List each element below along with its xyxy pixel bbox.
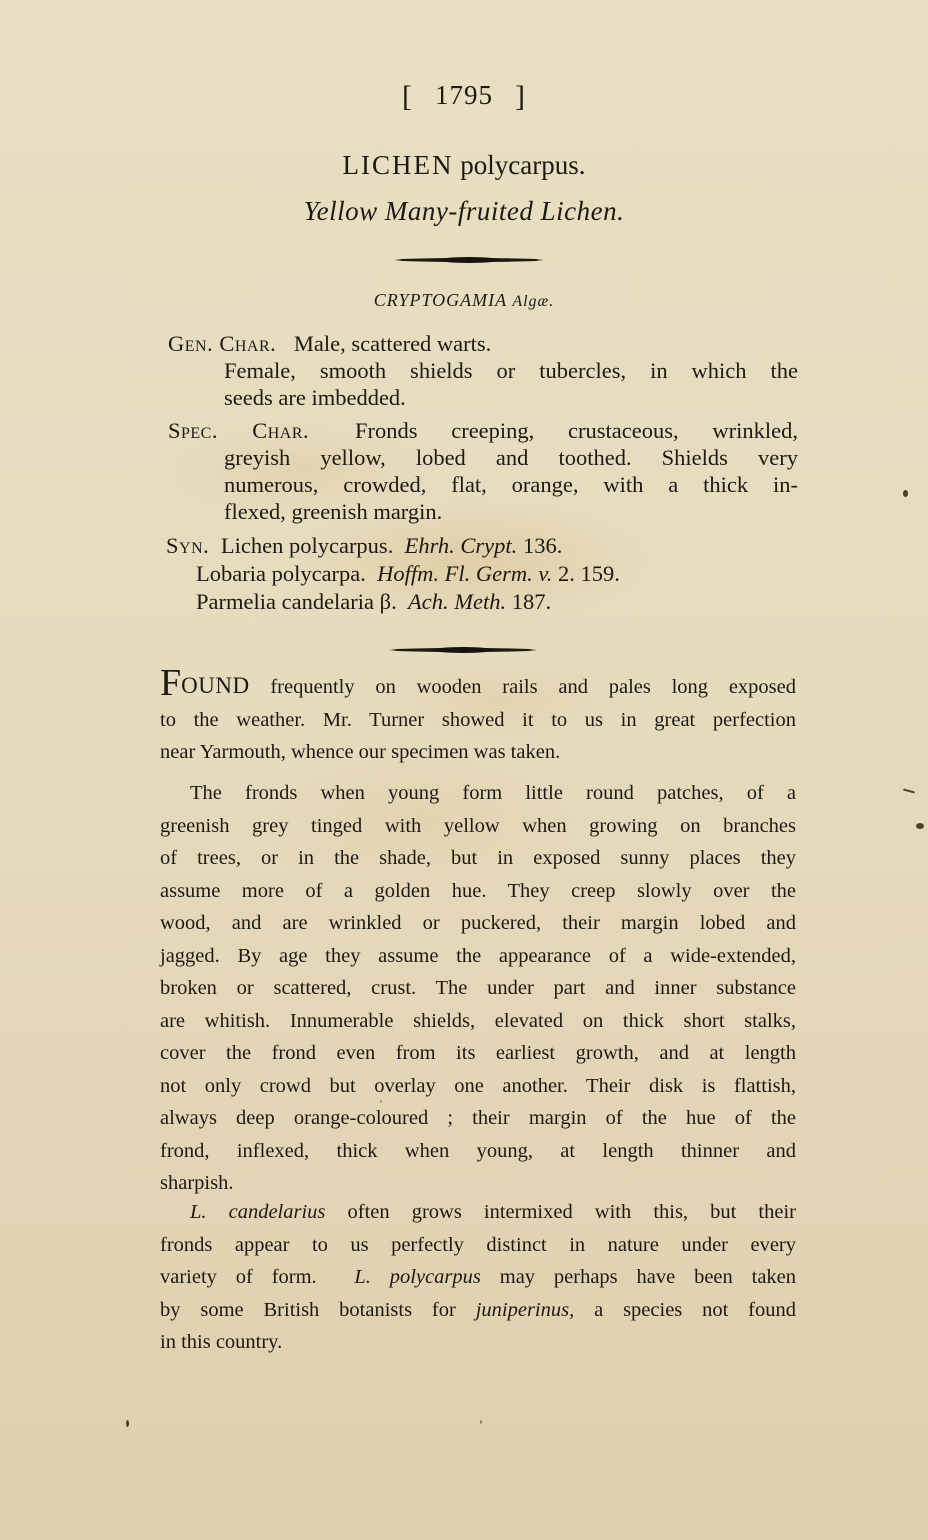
paragraph-line: sharpish.	[160, 1167, 796, 1200]
gen-char-label: Gen. Char.	[168, 331, 276, 356]
synonym-label: Syn.	[166, 533, 209, 558]
paragraph-line: jagged. By age they assume the appearanc…	[160, 940, 796, 973]
ornamental-rule	[388, 648, 538, 652]
gen-char-text: Male, scattered warts.	[294, 331, 491, 356]
line-text: often grows intermixed with this, but th…	[348, 1201, 797, 1223]
line-text: by some British botanists for	[160, 1299, 456, 1321]
paragraph-line: assume more of a golden hue. They creep …	[160, 875, 796, 908]
paragraph-line: broken or scattered, crust. The under pa…	[160, 972, 796, 1005]
paper-speck	[903, 788, 915, 793]
spec-char-line: numerous, crowded, flat, orange, with a …	[168, 471, 798, 498]
synonym-page: 187.	[512, 589, 551, 614]
paper-speck	[903, 490, 908, 497]
paragraph-line: always deep orange-coloured ; their marg…	[160, 1102, 796, 1135]
title-genus: LICHEN	[343, 150, 454, 180]
line-text: may perhaps have been taken	[500, 1266, 796, 1288]
spec-char-line: Spec. Char. Fronds creeping, crustaceous…	[168, 417, 798, 444]
classification-sub: Algæ.	[512, 293, 554, 310]
page-number: [1795]	[0, 80, 928, 114]
title-species: polycarpus.	[460, 150, 585, 180]
paragraph-line: are whitish. Innumerable shields, elevat…	[160, 1005, 796, 1038]
synonym-page: 2. 159.	[558, 561, 620, 586]
species-title: LICHEN polycarpus.	[0, 150, 928, 181]
species-name-italic: L. polycarpus	[354, 1266, 480, 1288]
paragraph-line: The fronds when young form little round …	[160, 777, 796, 810]
paragraph-line: frond, inflexed, thick when young, at le…	[160, 1135, 796, 1168]
synonym-entry: Syn. Lichen polycarpus. Ehrh. Crypt. 136…	[166, 532, 766, 560]
paragraph-line: greenish grey tinged with yellow when gr…	[160, 810, 796, 843]
synonym-reference: Hoffm. Fl. Germ. v.	[377, 561, 552, 586]
line-text: a species not found	[594, 1299, 796, 1321]
paper-speck	[480, 1420, 482, 1424]
synonym-name: Lichen polycarpus.	[221, 533, 393, 558]
ornamental-rule	[393, 258, 545, 262]
species-name-italic: juniperinus,	[476, 1299, 575, 1321]
paragraph-line: in this country.	[160, 1326, 796, 1359]
synonym-name: Lobaria polycarpa.	[196, 561, 366, 586]
book-page: [1795] LICHEN polycarpus. Yellow Many-fr…	[0, 0, 928, 1540]
paragraph-line: fronds appear to us perfectly distinct i…	[160, 1229, 796, 1262]
drop-capital: F	[160, 662, 181, 704]
gen-char-line: seeds are imbedded.	[168, 384, 798, 411]
synonym-entry: Parmelia candelaria β. Ach. Meth. 187.	[166, 588, 766, 616]
common-name: Yellow Many-fruited Lichen.	[0, 196, 928, 227]
paragraph-line: wood, and are wrinkled or puckered, thei…	[160, 907, 796, 940]
synonym-reference: Ach. Meth.	[408, 589, 506, 614]
description-paragraph: The fronds when young form little round …	[160, 777, 796, 1200]
paragraph-line: to the weather. Mr. Turner showed it to …	[160, 704, 796, 737]
spec-char-line: greyish yellow, lobed and toothed. Shiel…	[168, 444, 798, 471]
gen-char-line: Gen. Char. Male, scattered warts.	[168, 330, 798, 357]
paragraph-line: FOUND frequently on wooden rails and pal…	[160, 670, 796, 704]
small-caps-word: OUND	[181, 673, 249, 698]
habitat-paragraph: FOUND frequently on wooden rails and pal…	[160, 670, 796, 769]
paper-speck	[126, 1420, 129, 1427]
bracket-open: [	[402, 80, 413, 114]
specific-character: Spec. Char. Fronds creeping, crustaceous…	[168, 417, 798, 525]
synonym-reference: Ehrh. Crypt.	[405, 533, 518, 558]
gen-char-line: Female, smooth shields or tubercles, in …	[168, 357, 798, 384]
paper-speck	[916, 823, 924, 829]
paragraph-line: cover the frond even from its earliest g…	[160, 1037, 796, 1070]
line-text: frequently on wooden rails and pales lon…	[270, 676, 796, 698]
spec-char-label: Spec. Char.	[168, 418, 309, 443]
generic-character: Gen. Char. Male, scattered warts. Female…	[168, 330, 798, 411]
page-number-value: 1795	[435, 80, 493, 110]
paragraph-line: variety of form. L. polycarpus may perha…	[160, 1261, 796, 1294]
bracket-close: ]	[515, 80, 526, 114]
synonym-name: Parmelia candelaria β.	[196, 589, 397, 614]
synonym-page: 136.	[523, 533, 562, 558]
comparison-paragraph: L. candelarius often grows intermixed wi…	[160, 1196, 796, 1359]
paragraph-line: by some British botanists for juniperinu…	[160, 1294, 796, 1327]
paragraph-line: near Yarmouth, whence our specimen was t…	[160, 736, 796, 769]
paragraph-line: not only crowd but overlay one another. …	[160, 1070, 796, 1103]
spec-char-text: Fronds creeping, crustaceous, wrinkled,	[355, 418, 798, 443]
synonym-entry: Lobaria polycarpa. Hoffm. Fl. Germ. v. 2…	[166, 560, 766, 588]
spec-char-line: flexed, greenish margin.	[168, 498, 798, 525]
classification-main: CRYPTOGAMIA	[374, 290, 507, 310]
line-text: variety of form.	[160, 1266, 317, 1288]
synonymy: Syn. Lichen polycarpus. Ehrh. Crypt. 136…	[166, 532, 766, 616]
paragraph-line: L. candelarius often grows intermixed wi…	[160, 1196, 796, 1229]
paragraph-line: of trees, or in the shade, but in expose…	[160, 842, 796, 875]
classification: CRYPTOGAMIA Algæ.	[0, 290, 928, 311]
species-name-italic: L. candelarius	[190, 1201, 325, 1223]
